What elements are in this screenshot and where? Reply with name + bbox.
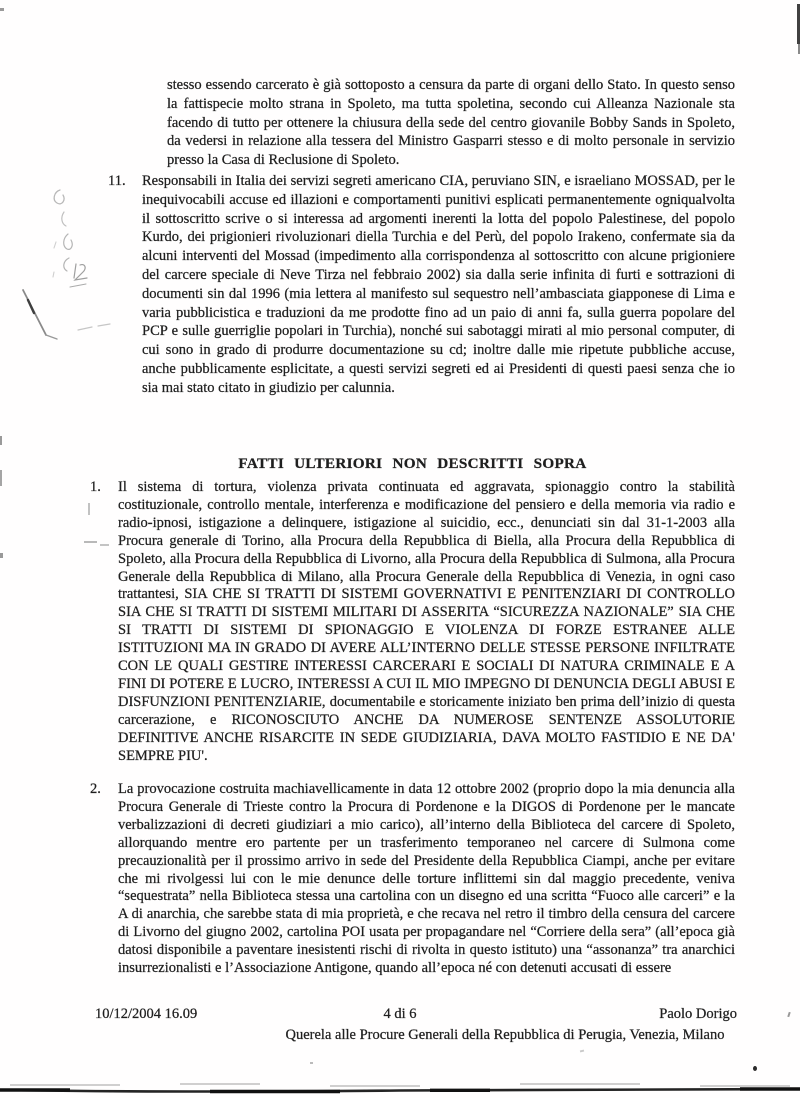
scan-artifact-top-left-tick — [0, 8, 4, 11]
scanned-document-page: stesso essendo carcerato è già sottopost… — [0, 0, 800, 1098]
scan-artifact-left-tick-3 — [0, 553, 3, 558]
scan-artifact-left-tick-1 — [0, 436, 2, 445]
item-number: 11. — [108, 172, 142, 398]
item-number: 1. — [90, 479, 118, 766]
item-number: 2. — [90, 781, 118, 978]
item-text: Responsabili in Italia dei servizi segre… — [142, 172, 735, 398]
numbered-item-11: 11. Responsabili in Italia dei servizi s… — [108, 172, 735, 398]
page-footer: 10/12/2004 16.09 4 di 6 Paolo Dorigo — [0, 1006, 800, 1026]
footer-author: Paolo Dorigo — [659, 1006, 737, 1023]
section-heading: FATTI ULTERIORI NON DESCRITTI SOPRA — [90, 455, 735, 473]
scan-artifact-bottom-edge — [0, 1078, 800, 1098]
item-text: Il sistema di tortura, violenza privata … — [118, 479, 735, 766]
scan-speck-2 — [580, 1050, 584, 1053]
ink-speck-bottom-right — [753, 1066, 757, 1071]
numbered-item-2: 2. La provocazione costruita machiavelli… — [90, 781, 735, 978]
footer-subject-line: Querela alle Procure Generali della Repu… — [210, 1027, 800, 1044]
item-text: La provocazione costruita machiavellicam… — [118, 781, 735, 978]
scan-artifact-left-tick-2 — [0, 470, 2, 486]
intro-continuation-paragraph: stesso essendo carcerato è già sottopost… — [167, 76, 735, 170]
scan-speck-1 — [310, 1062, 313, 1064]
numbered-item-1: 1. Il sistema di tortura, violenza priva… — [90, 479, 735, 766]
